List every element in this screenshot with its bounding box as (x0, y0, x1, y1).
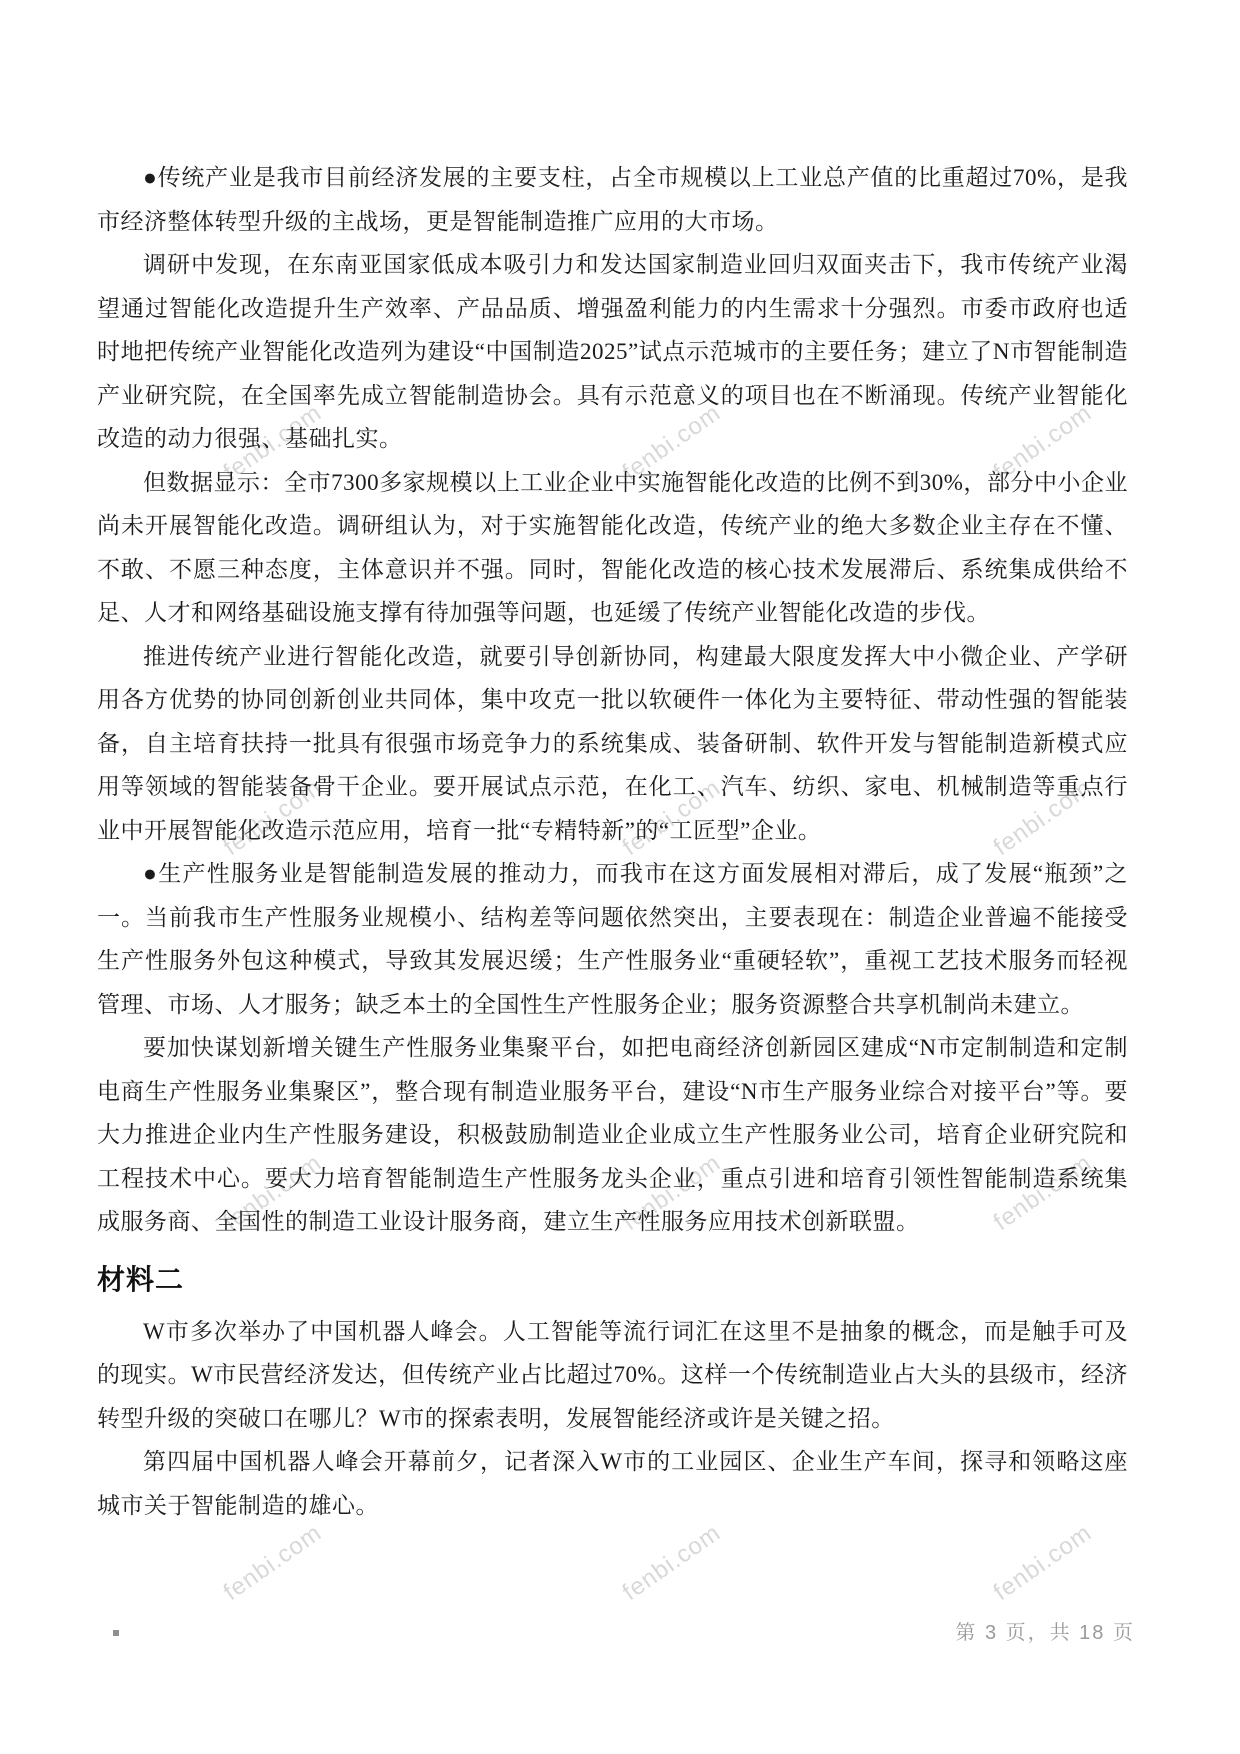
body-paragraph: 推进传统产业进行智能化改造，就要引导创新协同，构建最大限度发挥大中小微企业、产学… (97, 635, 1128, 853)
body-paragraph: 要加快谋划新增关键生产性服务业集聚平台，如把电商经济创新园区建成“N市定制制造和… (97, 1026, 1128, 1244)
body-paragraph: 第四届中国机器人峰会开幕前夕，记者深入W市的工业园区、企业生产车间，探寻和领略这… (97, 1440, 1128, 1527)
body-paragraph: ●生产性服务业是智能制造发展的推动力，而我市在这方面发展相对滞后，成了发展“瓶颈… (97, 852, 1128, 1026)
body-paragraph: ●传统产业是我市目前经济发展的主要支柱，占全市规模以上工业总产值的比重超过70%… (97, 156, 1128, 243)
document-page: fenbi.comfenbi.comfenbi.comfenbi.comfenb… (0, 0, 1240, 1754)
body-paragraph: 但数据显示：全市7300多家规模以上工业企业中实施智能化改造的比例不到30%，部… (97, 461, 1128, 635)
body-paragraph: W市多次举办了中国机器人峰会。人工智能等流行词汇在这里不是抽象的概念，而是触手可… (97, 1310, 1128, 1441)
document-body: ●传统产业是我市目前经济发展的主要支柱，占全市规模以上工业总产值的比重超过70%… (97, 156, 1128, 1527)
page-number-indicator: 第 3 页，共 18 页 (955, 1616, 1135, 1645)
material-heading: 材料二 (97, 1262, 1128, 1298)
body-paragraph: 调研中发现，在东南亚国家低成本吸引力和发达国家制造业回归双面夹击下，我市传统产业… (97, 243, 1128, 461)
footer-dot (113, 1630, 119, 1636)
